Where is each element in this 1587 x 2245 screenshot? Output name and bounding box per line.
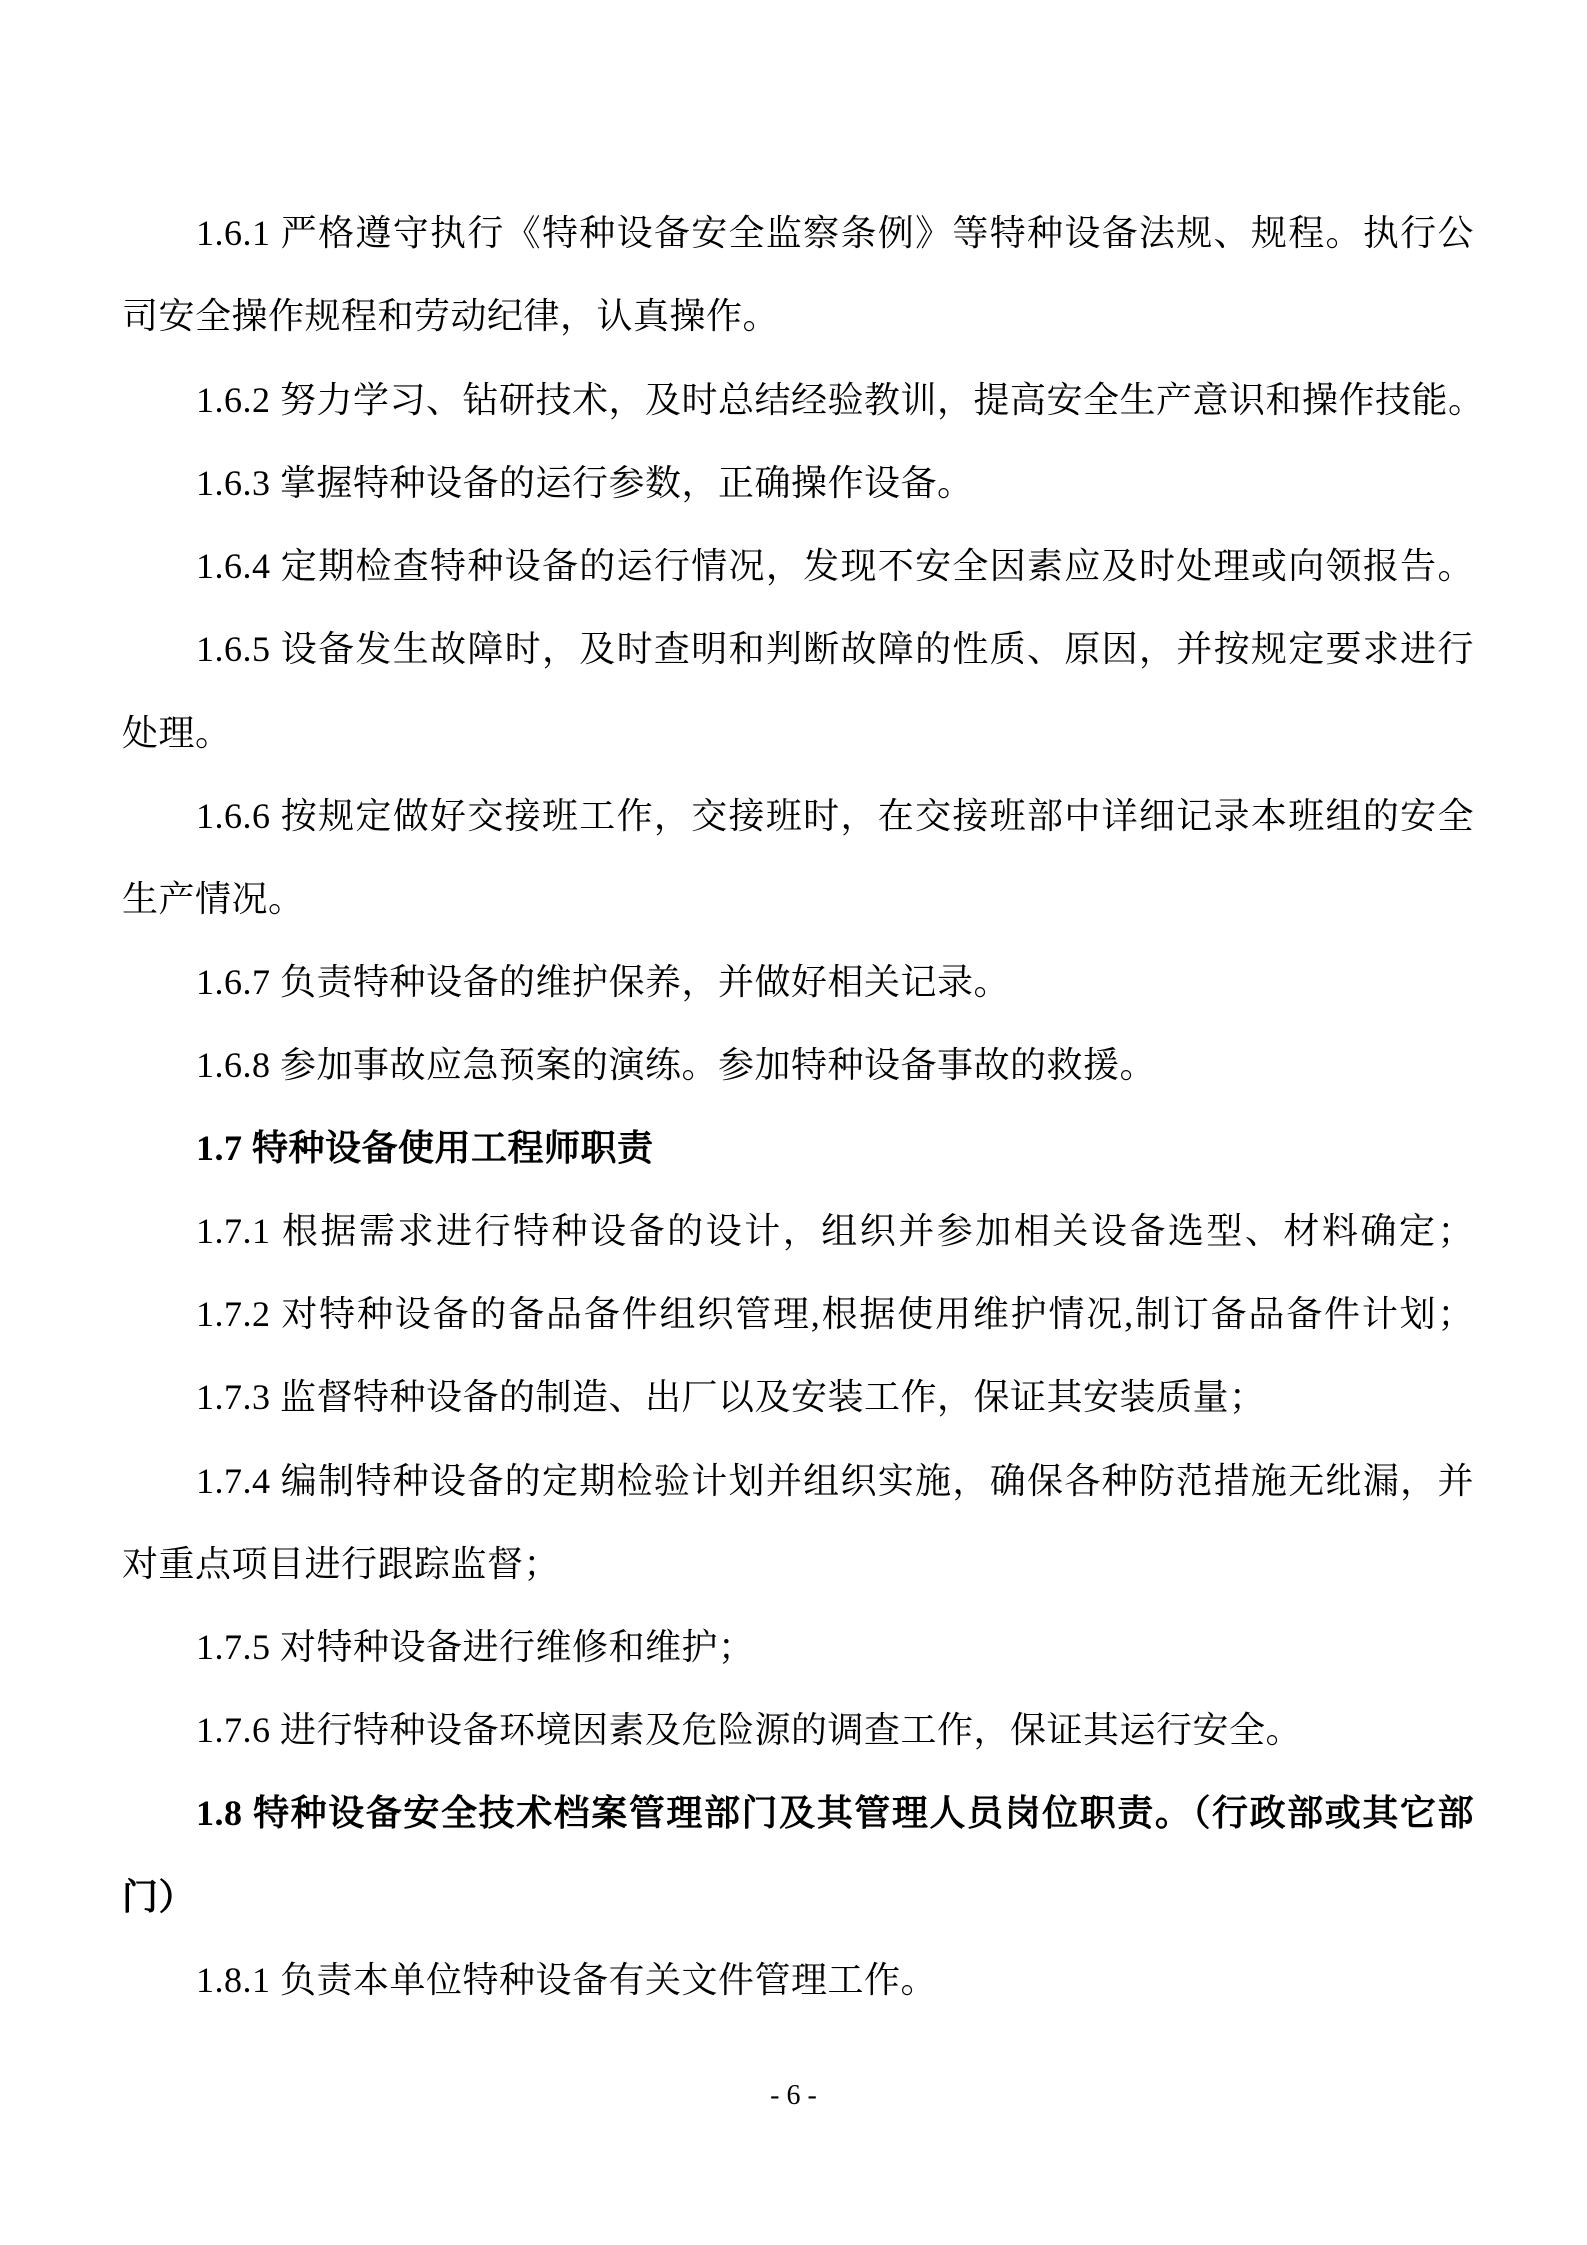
clause-1-6-3: 1.6.3 掌握特种设备的运行参数，正确操作设备。: [196, 461, 1474, 505]
clause-1-7-4-line2: 对重点项目进行跟踪监督；: [122, 1542, 1474, 1586]
document-page: 1.6.1 严格遵守执行《特种设备安全监察条例》等特种设备法规、规程。执行公 司…: [0, 0, 1587, 2245]
clause-1-7-6: 1.7.6 进行特种设备环境因素及危险源的调查工作，保证其运行安全。: [196, 1708, 1474, 1752]
clause-1-6-2: 1.6.2 努力学习、钻研技术，及时总结经验教训，提高安全生产意识和操作技能。: [196, 378, 1474, 422]
clause-1-6-8: 1.6.8 参加事故应急预案的演练。参加特种设备事故的救援。: [196, 1043, 1474, 1087]
section-heading-1-8-line2: 门）: [122, 1875, 1474, 1919]
section-heading-1-7: 1.7 特种设备使用工程师职责: [196, 1126, 1474, 1170]
clause-1-6-1-line2: 司安全操作规程和劳动纪律，认真操作。: [122, 294, 1474, 338]
clause-1-8-1: 1.8.1 负责本单位特种设备有关文件管理工作。: [196, 1958, 1474, 2002]
clause-1-6-4: 1.6.4 定期检查特种设备的运行情况，发现不安全因素应及时处理或向领报告。: [196, 544, 1474, 588]
clause-1-6-6-line1: 1.6.6 按规定做好交接班工作，交接班时，在交接班部中详细记录本班组的安全: [196, 794, 1474, 838]
clause-1-7-4-line1: 1.7.4 编制特种设备的定期检验计划并组织实施，确保各种防范措施无纰漏，并: [196, 1459, 1474, 1503]
clause-1-7-5: 1.7.5 对特种设备进行维修和维护；: [196, 1625, 1474, 1669]
clause-1-6-5-line2: 处理。: [122, 711, 1474, 755]
clause-1-6-6-line2: 生产情况。: [122, 877, 1474, 921]
section-heading-1-8-line1: 1.8 特种设备安全技术档案管理部门及其管理人员岗位职责。（行政部或其它部: [196, 1791, 1474, 1835]
clause-1-6-1-line1: 1.6.1 严格遵守执行《特种设备安全监察条例》等特种设备法规、规程。执行公: [196, 211, 1474, 255]
clause-1-7-1: 1.7.1 根据需求进行特种设备的设计，组织并参加相关设备选型、材料确定；: [196, 1209, 1474, 1253]
clause-1-6-5-line1: 1.6.5 设备发生故障时，及时查明和判断故障的性质、原因，并按规定要求进行: [196, 627, 1474, 671]
clause-1-6-7: 1.6.7 负责特种设备的维护保养，并做好相关记录。: [196, 960, 1474, 1004]
clause-1-7-3: 1.7.3 监督特种设备的制造、出厂以及安装工作，保证其安装质量；: [196, 1375, 1474, 1419]
page-number: - 6 -: [0, 2080, 1587, 2112]
clause-1-7-2: 1.7.2 对特种设备的备品备件组织管理,根据使用维护情况,制订备品备件计划；: [196, 1292, 1474, 1336]
